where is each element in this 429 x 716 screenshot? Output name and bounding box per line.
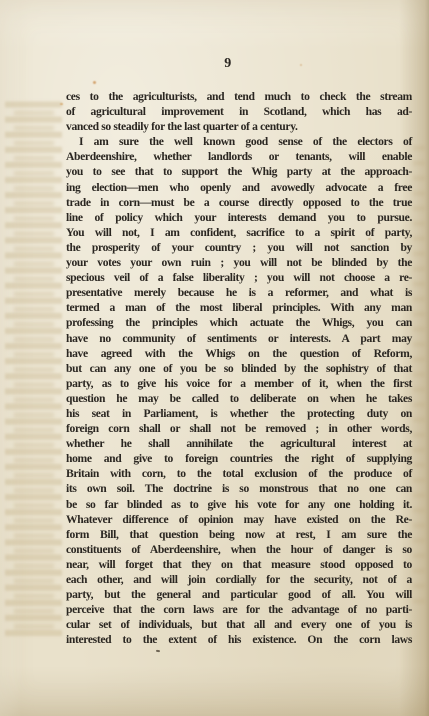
ink-mark (156, 650, 160, 653)
text-line: trade in corn—must be a course directly … (66, 195, 412, 210)
text-line: home and give to foreign countries the r… (66, 451, 412, 466)
text-line: of agricultural improvement in Scotland,… (66, 104, 412, 119)
text-line: presentative merely because he is a refo… (66, 285, 412, 300)
text-line: Britain with corn, to the total exclusio… (66, 466, 412, 481)
book-page: 9 ces to the agriculturists, and tend mu… (0, 0, 429, 716)
foxing-speck (93, 81, 96, 84)
text-line: cular set of individuals, but that all a… (66, 617, 412, 632)
text-line: party, but the general and particular go… (66, 587, 412, 602)
text-line: whether he shall annihilate the agricult… (66, 436, 412, 451)
text-line: but can any one of you be so blinded by … (66, 361, 412, 376)
text-line: Aberdeenshire, whether landlords or tena… (66, 149, 412, 164)
show-through-texture-left-inner (14, 104, 54, 634)
text-line: its own soil. The doctrine is so monstro… (66, 481, 412, 496)
text-line: vanced so steadily for the last quarter … (66, 119, 412, 134)
text-line: party, as to give his voice for a member… (66, 376, 412, 391)
text-line: each other, and will join cordially for … (66, 572, 412, 587)
text-line: question he may be called to deliberate … (66, 391, 412, 406)
text-line: interested to the extent of his existenc… (66, 632, 412, 647)
text-line: ing election—men who openly and avowedly… (66, 180, 412, 195)
text-line: ces to the agriculturists, and tend much… (66, 89, 412, 104)
text-line: perceive that the corn laws are for the … (66, 602, 412, 617)
text-line: your votes your own ruin ; you will not … (66, 255, 412, 270)
text-line: foreign corn shall or shall not be remov… (66, 421, 412, 436)
text-line: line of policy which your interests dema… (66, 210, 412, 225)
text-line: the prosperity of your country ; you wil… (66, 240, 412, 255)
text-line: professing the principles which actuate … (66, 315, 412, 330)
text-line: specious veil of a false liberality ; yo… (66, 270, 412, 285)
foxing-speck (60, 103, 63, 105)
text-line: be so far blinded as to give his vote fo… (66, 497, 412, 512)
page-number: 9 (55, 56, 401, 72)
text-line: constituents of Aberdeenshire, when the … (66, 542, 412, 557)
text-line: near, will forget that they on that meas… (66, 557, 412, 572)
text-line: I am sure the well known good sense of t… (66, 134, 412, 149)
text-line: have no community of sentiments or inter… (66, 331, 412, 346)
text-line: you to see that to support the Whig part… (66, 164, 412, 179)
text-line: his seat in Parliament, is whether the p… (66, 406, 412, 421)
text-line: form Bill, that question being now at re… (66, 527, 412, 542)
text-line: termed a man of the most liberal princip… (66, 300, 412, 315)
text-line: have agreed with the Whigs on the questi… (66, 346, 412, 361)
text-line: Whatever difference of opinion may have … (66, 512, 412, 527)
text-line: You will not, I am confident, sacrifice … (66, 225, 412, 240)
text-column: ces to the agriculturists, and tend much… (66, 89, 412, 647)
show-through-texture-right (413, 140, 425, 610)
